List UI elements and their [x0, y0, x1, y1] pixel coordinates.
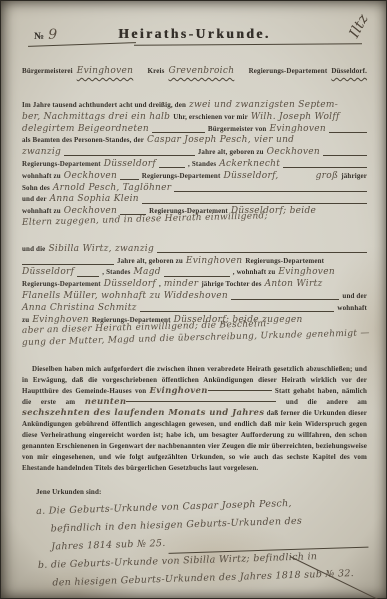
- handwritten-text: Wilh. Joseph Wolff: [251, 112, 340, 122]
- printed-text: jähriger: [341, 172, 367, 180]
- documents-section: a. Die Geburts-Urkunde von Caspar Joseph…: [36, 495, 370, 595]
- handwritten-text: zwei und zwanzigsten Septem-: [189, 100, 338, 110]
- handwritten-text: neunten: [85, 397, 127, 407]
- handwritten-text: ber, Nachmittags drei ein halb: [22, 112, 170, 122]
- title-underline: [134, 43, 362, 46]
- fill-rule: [64, 155, 195, 156]
- handwritten-text: Arnold Pesch, Taglöhner: [53, 183, 172, 193]
- handwritten-text: Evinghoven: [186, 256, 243, 266]
- printed-text: Regierungs-Departement: [22, 160, 101, 168]
- publication-paragraph: Dieselben haben mich aufgefordert die zw…: [22, 364, 367, 474]
- form-line: delegirtem BeigeordnetenBürgermeister vo…: [22, 124, 367, 136]
- document-title: Heiraths-Urkunde.: [22, 26, 367, 42]
- handwritten-text: minder: [164, 279, 198, 289]
- fill-rule: [329, 132, 367, 133]
- form-line: Regierungs-DepartementDüsseldorf, Stande…: [22, 159, 367, 171]
- handwritten-text: Evinghoven: [150, 386, 208, 396]
- form-line: Jahre alt, geboren zuEvinghovenRegierung…: [22, 256, 367, 268]
- handwritten-text: Oeckhoven: [267, 147, 320, 157]
- printed-text: , Standes: [188, 160, 216, 168]
- kreis-label: Kreis: [148, 67, 165, 75]
- printed-text: und die andere am: [276, 398, 367, 406]
- handwritten-text: Düsseldorf: [22, 267, 74, 277]
- document-header: № 9 Heiraths-Urkunde. Bürgermeisterei Ev…: [22, 20, 367, 86]
- printed-text: und der: [22, 195, 47, 203]
- printed-text: wohnhaft: [337, 304, 367, 312]
- printed-text: Jahre alt, geboren zu: [117, 257, 183, 265]
- printed-text: , Standes: [102, 268, 130, 276]
- groom-section: Im Jahre tausend achthundert acht und dr…: [22, 100, 367, 230]
- bride-section: und dieSibilla Wirtz, zwanzigJahre alt, …: [22, 244, 367, 350]
- form-line: und derAnna Sophia Klein: [22, 194, 367, 206]
- handwritten-text: Magd: [133, 267, 160, 277]
- form-line: wohnhaft zuOeckhovenRegierungs-Departeme…: [22, 171, 367, 183]
- departement-value: Düsseldorf.: [331, 67, 367, 75]
- field-kreis: Kreis Grevenbroich: [148, 60, 235, 78]
- handwritten-text: sechszehnten des laufenden Monats und Ja…: [22, 408, 264, 418]
- handwritten-text: delegirtem Beigeordneten: [22, 124, 149, 134]
- fill-rule: [208, 389, 272, 391]
- buergermeisterei-value: Evinghoven: [77, 66, 134, 76]
- document-content: № 9 Heiraths-Urkunde. Bürgermeisterei Ev…: [22, 20, 367, 596]
- jurisdiction-fields: Bürgermeisterei Evinghoven Kreis Grevenb…: [22, 60, 367, 78]
- printed-text: Regierungs-Departement: [245, 257, 324, 265]
- form-line: Regierungs-DepartementDüsseldorf,minderj…: [22, 279, 367, 291]
- form-line: Anna Christina Schmitzwohnhaft: [22, 303, 367, 315]
- printed-text: und der: [342, 292, 367, 300]
- form-line: Düsseldorf, StandesMagd, wohnhaft zuEvin…: [22, 267, 367, 279]
- handwritten-text: Anna Sophia Klein: [50, 194, 139, 204]
- fill-rule: [164, 276, 230, 277]
- printed-text: daß ferner die Urkunden dieser Ankündigu…: [22, 409, 367, 472]
- form-line: ber, Nachmittags drei ein halbUhr, ersch…: [22, 112, 367, 124]
- printed-text: jährige Tochter des: [201, 280, 261, 288]
- form-line: Sohn desArnold Pesch, Taglöhner: [22, 183, 367, 195]
- printed-text: Uhr, erschienen vor mir: [173, 113, 248, 121]
- fill-rule: [152, 132, 205, 133]
- fill-rule: [174, 191, 367, 192]
- handwritten-text: zwanzig: [22, 147, 61, 157]
- fill-rule: [77, 276, 99, 277]
- printed-text: wohnhaft zu: [22, 207, 61, 215]
- fill-rule: [323, 155, 367, 156]
- fill-rule: [283, 167, 367, 168]
- printed-text: und die: [22, 245, 45, 253]
- handwritten-text: Düsseldorf,: [223, 171, 278, 181]
- printed-text: zu: [22, 316, 29, 324]
- fill-rule: [142, 203, 367, 204]
- fill-rule: [157, 252, 367, 253]
- form-line: zwanzigJahre alt, geboren zuOeckhoven: [22, 147, 367, 159]
- handwritten-text: a. Die Geburts-Urkunde von Caspar Joseph…: [36, 498, 292, 517]
- fill-rule: [22, 264, 114, 265]
- printed-text: als Beamten des Personen-Standes, der: [22, 136, 144, 144]
- fill-rule: [126, 400, 276, 402]
- field-departement: Regierungs-Departement Düsseldorf.: [249, 60, 367, 78]
- printed-text: wohnhaft zu: [22, 172, 61, 180]
- printed-text: , wohnhaft zu: [233, 268, 276, 276]
- departement-label: Regierungs-Departement: [249, 67, 328, 75]
- handwritten-text: Düsseldorf: [104, 279, 156, 289]
- handwritten-text: Flanells Müller, wohnhaft zu Widdeshoven: [22, 291, 228, 301]
- printed-paragraph: Dieselben haben mich aufgefordert die zw…: [22, 364, 367, 474]
- handwritten-text: Düsseldorf: [104, 159, 156, 169]
- handwritten-text: Anton Wirtz: [265, 279, 323, 289]
- printed-text: Jahre alt, geboren zu: [198, 148, 264, 156]
- handwritten-text: Anna Christina Schmitz: [22, 303, 137, 313]
- printed-text: Regierungs-Departement: [22, 280, 101, 288]
- printed-text: Im Jahre tausend achthundert acht und dr…: [22, 101, 186, 109]
- fill-rule: [231, 299, 339, 300]
- handwritten-text: Evinghoven: [32, 315, 89, 325]
- handwritten-text: Evinghoven: [278, 267, 335, 277]
- fill-rule: [140, 311, 335, 312]
- fill-rule: [120, 179, 139, 180]
- form-line: Im Jahre tausend achthundert acht und dr…: [22, 100, 367, 112]
- form-line: Flanells Müller, wohnhaft zu Widdeshoven…: [22, 291, 367, 303]
- form-line: als Beamten des Personen-Standes, derCas…: [22, 135, 367, 147]
- printed-text: ,: [159, 280, 161, 288]
- marriage-certificate-page: Iltz № 9 Heiraths-Urkunde. Bürgermeister…: [0, 0, 387, 599]
- handwritten-text: Sibilla Wirtz, zwanzig: [48, 244, 154, 254]
- handwritten-text: Caspar Joseph Pesch, vier und: [147, 135, 294, 145]
- printed-text: Regierungs-Departement: [142, 172, 221, 180]
- printed-text: Sohn des: [22, 184, 50, 192]
- handwritten-text: Ackerknecht: [219, 159, 280, 169]
- form-body: Im Jahre tausend achthundert acht und dr…: [22, 100, 367, 596]
- fill-rule: [159, 167, 185, 168]
- kreis-value: Grevenbroich: [168, 66, 234, 76]
- printed-text: Bürgermeister von: [208, 125, 267, 133]
- handwritten-text: Evinghoven: [269, 124, 326, 134]
- field-buergermeisterei: Bürgermeisterei Evinghoven: [22, 60, 133, 78]
- printed-text: Jene Urkunden sind:: [36, 488, 101, 496]
- form-line: und dieSibilla Wirtz, zwanzig: [22, 244, 367, 256]
- handwritten-text: Oeckhoven: [64, 171, 117, 181]
- handwritten-text: groß: [316, 171, 339, 181]
- buergermeisterei-label: Bürgermeisterei: [22, 67, 73, 75]
